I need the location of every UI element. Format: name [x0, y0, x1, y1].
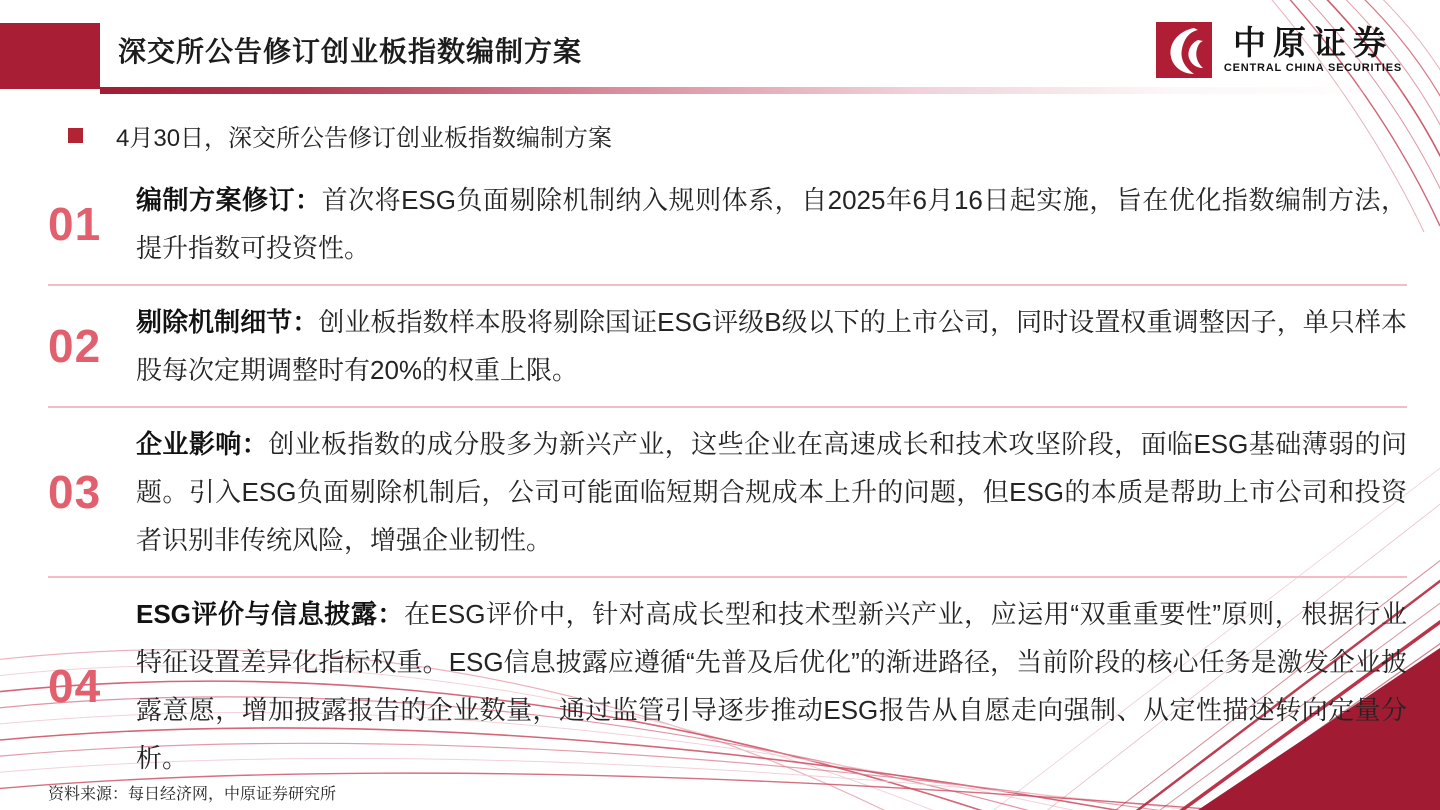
bullet-square-icon [68, 128, 83, 143]
slide: 深交所公告修订创业板指数编制方案 中原证券 CENTRAL CHINA SECU… [0, 0, 1440, 810]
logo-name-zh: 中原证券 [1233, 25, 1393, 61]
title-underline [100, 87, 1440, 94]
section-label: 企业影响： [136, 429, 268, 459]
header-red-block [0, 23, 100, 89]
section-label: ESG评价与信息披露： [136, 599, 404, 629]
section-body: 创业板指数样本股将剔除国证ESG评级B级以下的上市公司，同时设置权重调整因子，单… [136, 307, 1407, 385]
section-body: 首次将ESG负面剔除机制纳入规则体系，自2025年6月16日起实施，旨在优化指数… [136, 185, 1407, 263]
section-body: 创业板指数的成分股多为新兴产业，这些企业在高速成长和技术攻坚阶段，面临ESG基础… [136, 429, 1407, 555]
company-logo: 中原证券 CENTRAL CHINA SECURITIES [1156, 22, 1402, 78]
section-number: 01 [48, 197, 136, 251]
section-label: 剔除机制细节： [136, 307, 318, 337]
section-text: ESG评价与信息披露：在ESG评价中，针对高成长型和技术型新兴产业，应运用“双重… [136, 590, 1407, 782]
section-04: 04 ESG评价与信息披露：在ESG评价中，针对高成长型和技术型新兴产业，应运用… [48, 578, 1407, 794]
section-03: 03 企业影响：创业板指数的成分股多为新兴产业，这些企业在高速成长和技术攻坚阶段… [48, 408, 1407, 576]
page-title: 深交所公告修订创业板指数编制方案 [118, 30, 582, 70]
section-text: 剔除机制细节：创业板指数样本股将剔除国证ESG评级B级以下的上市公司，同时设置权… [136, 298, 1407, 394]
section-02: 02 剔除机制细节：创业板指数样本股将剔除国证ESG评级B级以下的上市公司，同时… [48, 286, 1407, 406]
section-text: 企业影响：创业板指数的成分股多为新兴产业，这些企业在高速成长和技术攻坚阶段，面临… [136, 420, 1407, 564]
section-text: 编制方案修订：首次将ESG负面剔除机制纳入规则体系，自2025年6月16日起实施… [136, 176, 1407, 272]
section-number: 03 [48, 465, 136, 519]
section-01: 01 编制方案修订：首次将ESG负面剔除机制纳入规则体系，自2025年6月16日… [48, 164, 1407, 284]
logo-mark-icon [1156, 22, 1212, 78]
content-area: 01 编制方案修订：首次将ESG负面剔除机制纳入规则体系，自2025年6月16日… [48, 164, 1407, 794]
bullet-text: 4月30日，深交所公告修订创业板指数编制方案 [116, 118, 612, 153]
source-note: 资料来源：每日经济网，中原证券研究所 [48, 781, 336, 804]
bullet-row: 4月30日，深交所公告修订创业板指数编制方案 [68, 118, 612, 153]
section-number: 04 [48, 659, 136, 713]
logo-text: 中原证券 CENTRAL CHINA SECURITIES [1224, 25, 1402, 76]
section-label: 编制方案修订： [136, 185, 322, 215]
logo-name-en: CENTRAL CHINA SECURITIES [1224, 61, 1402, 76]
section-number: 02 [48, 319, 136, 373]
